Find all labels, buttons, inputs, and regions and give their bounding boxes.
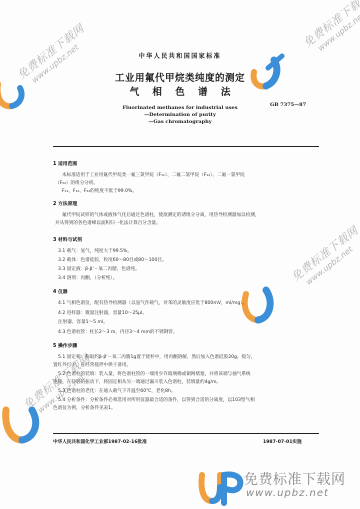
document-page: 免费标准下载网 www.upbz.net 免费标准下载网 www.upbz.ne…: [0, 0, 360, 509]
section-5-item: 5.4 分析条件：分析条件必须选用对所用仪器最合适的条件，以得到合适的分离度，以…: [58, 397, 255, 403]
section-3-item: 3.1 载气：氢气，纯度大于99.5%。: [58, 248, 132, 254]
section-1-heading: 1 适用范围: [53, 160, 77, 167]
watermark-right-middle: 免费标准下载网 www.upbz.net: [288, 222, 360, 291]
header-divider: [53, 146, 319, 147]
section-5-heading: 5 操作步骤: [53, 342, 77, 349]
bottom-brand-watermark: 免费标准下载网 www.upbz.net: [196, 467, 360, 507]
section-2-heading: 2 方法原理: [53, 200, 77, 207]
title-en-line3: —Gas chromatography: [0, 119, 360, 125]
section-5-item: 5.1 固定相：称取约β·β'－氧二丙腈1g置于烧杯中，用丙酮溶解，然后加入色谱…: [58, 354, 255, 360]
footer-divider: [53, 433, 319, 434]
section-4-heading: 4 仪器: [53, 288, 68, 295]
footer-approval: 中华人民共和国化学工业部1987-02-16批准: [53, 439, 147, 445]
section-3-heading: 3 材料与试剂: [53, 236, 82, 243]
section-4-item: 4.2 进样器：微量注射器，容量10～25μl。: [58, 310, 147, 316]
section-5-item: 5.3 色谱柱的老化：在通入载气下升温至60℃，老化8h。: [58, 388, 175, 394]
up-logo-icon: [196, 467, 244, 507]
footer-effective-date: 1987-07-01实施: [263, 439, 302, 445]
section-1-line: F₁₁、F₁₂、F₂₂的纯度不低于99.0%。: [62, 188, 137, 194]
section-3-item: 3.2 载体：色谱硅胶，粒度60～80目或80～100目。: [58, 257, 167, 263]
standard-label: 中华人民共和国国家标准: [0, 51, 360, 60]
section-1-line: 本标准适用于工业用氟代甲烷类一氟三氯甲烷（F₁₁）、二氟二氯甲烷（F₁₂）、二氟…: [62, 172, 245, 178]
section-4-item: 4.3 色谱柱管：柱长2～3 m，内径3～4 mm的不锈钢管。: [58, 329, 178, 335]
standard-code: GB 7375—87: [270, 102, 306, 108]
section-4-item: 4.1 气相色谱仪，配有热导检测器（以氢气作载气，对苯的灵敏度应优于800mV，…: [58, 300, 247, 306]
section-2-line: 氟代甲烷试样的气体或液体气化后通过色谱柱，使欲测定的诸组分分离，用热导检测器加以…: [62, 212, 260, 218]
section-1-line: （F₂₂）的组分分析。: [55, 180, 98, 186]
title-en-line2: —Determination of purity: [0, 112, 360, 118]
section-5-item: 连接，在轻轻的振动下，将固定相从另一端通过漏斗装入色谱柱，装填量约4g/m。: [53, 379, 221, 385]
title-cn-line2: 气 相 色 谱 法: [0, 84, 360, 98]
bottom-brand-url: www.upbz.net: [246, 488, 329, 499]
up-logo-icon: [0, 398, 48, 446]
section-5-item: 色谱仪为例，分析条件见表1。: [53, 405, 116, 411]
section-2-line: 并从得到的各色谱峰以面积归一化法计算百分含量。: [55, 220, 161, 226]
section-3-item: 3.3 固定液：β·β'－氧二丙腈，色谱纯。: [58, 266, 140, 272]
watermark-top-right: 免费标准下载网 www.upbz.net: [300, 0, 360, 58]
section-5-item: 5.2 色谱柱的装填：装入量，将色谱柱管的一端用少许玻璃棉或铜网堵塞，并将该端与…: [58, 371, 251, 377]
section-3-item: 3.4 溶剂：丙酮，（分析纯）。: [58, 275, 117, 281]
section-4-item: 注射器，容量1～5 ml。: [58, 319, 108, 325]
section-5-item: 置红外灯下，在经常搅拌中烘干备用。: [53, 362, 131, 368]
bottom-brand-cn: 免费标准下载网: [244, 469, 346, 489]
title-cn-line1: 工业用氟代甲烷类纯度的测定: [0, 70, 360, 84]
